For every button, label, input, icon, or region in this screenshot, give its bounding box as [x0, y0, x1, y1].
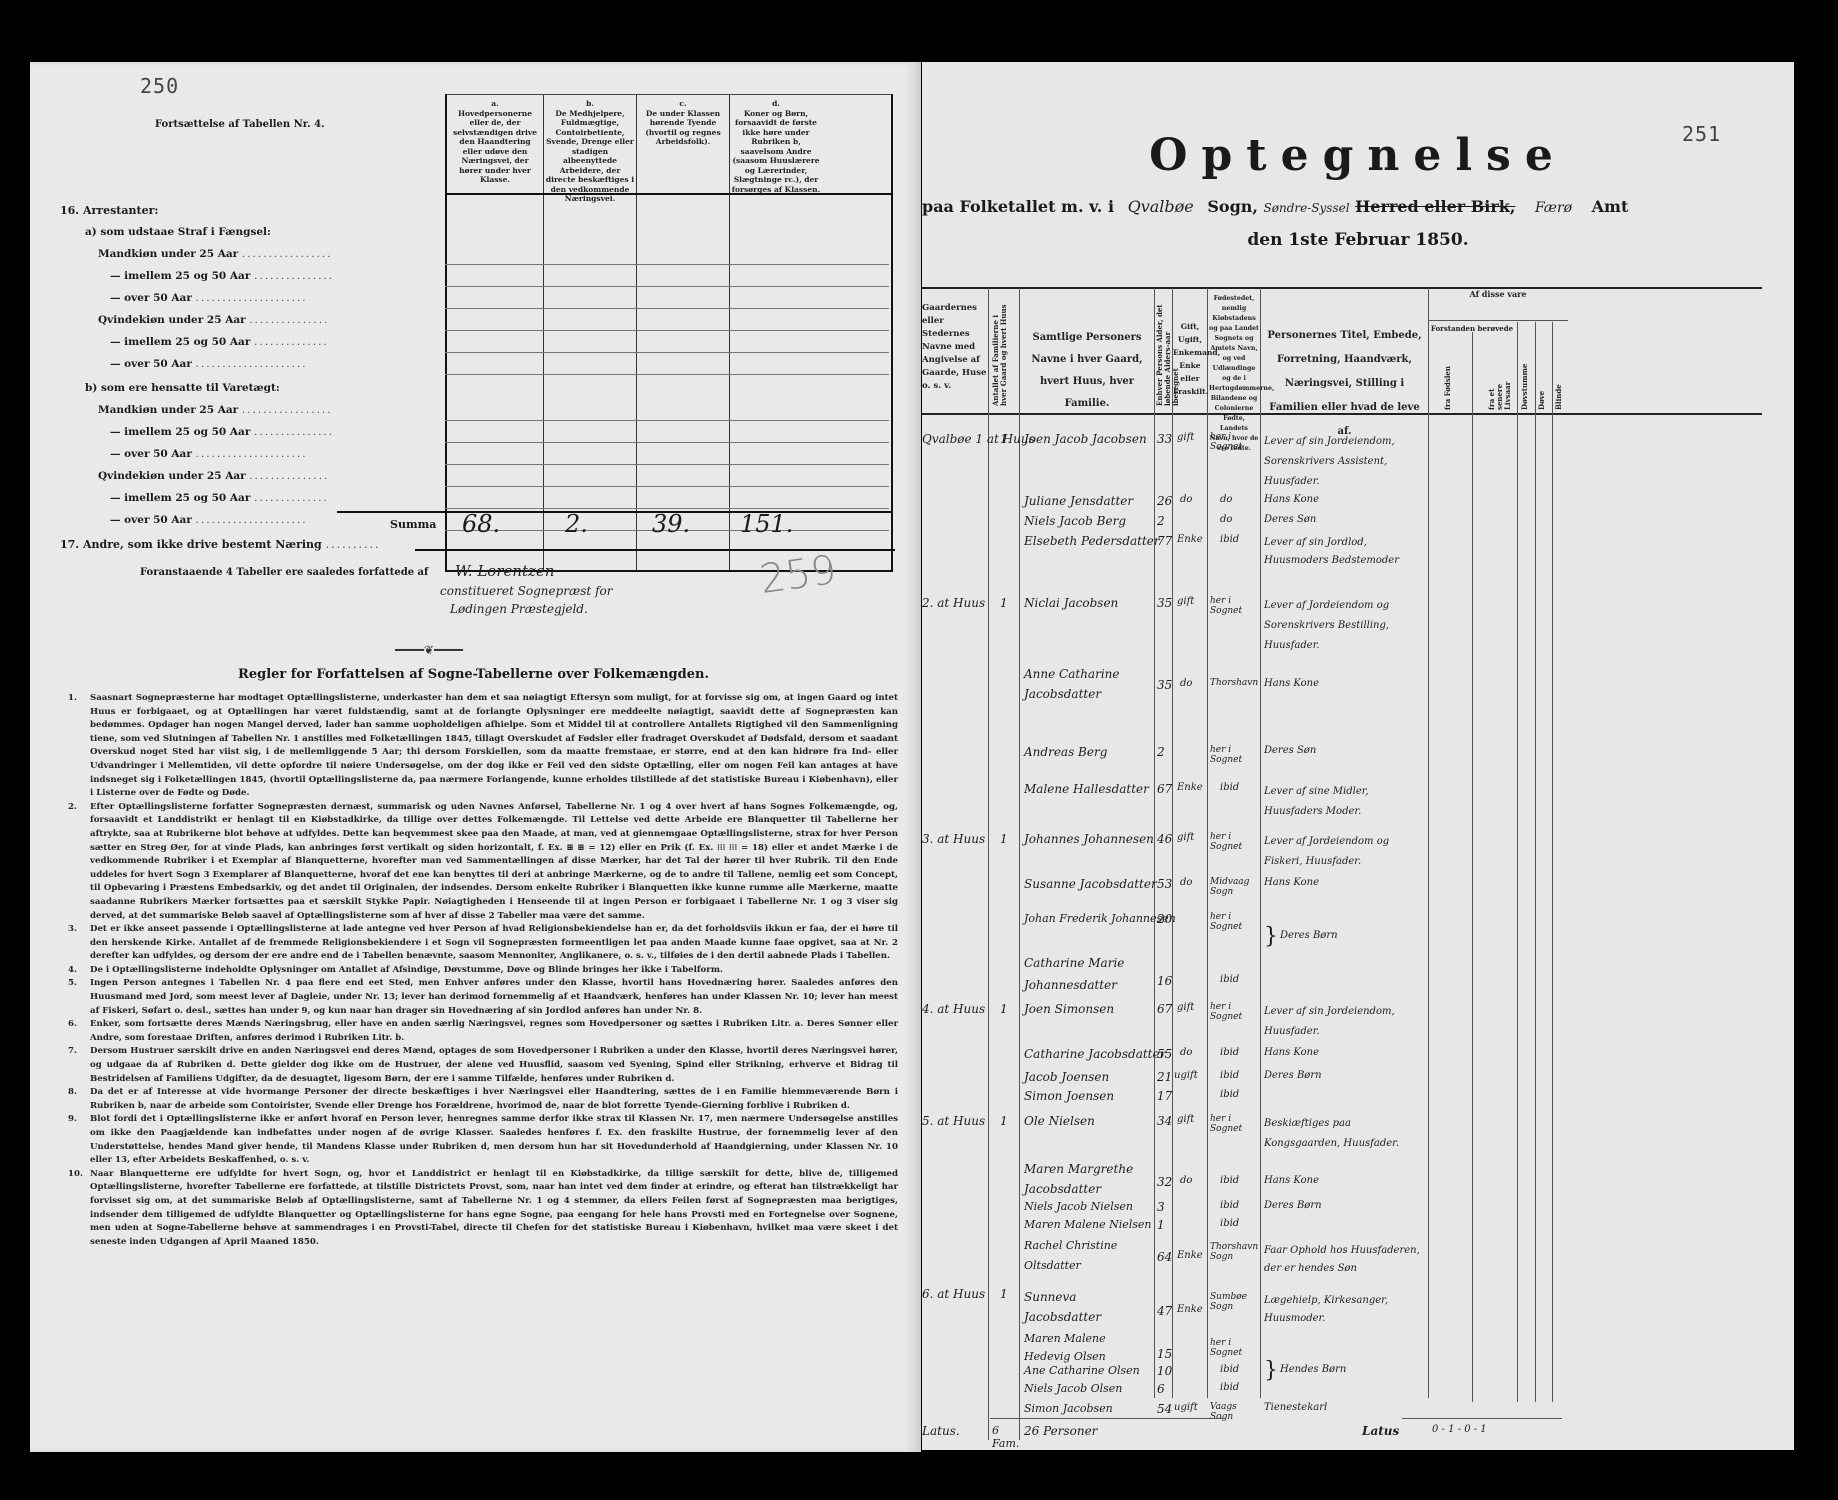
latus-right-label: Latus: [1362, 1424, 1399, 1438]
summa-label: Summa: [390, 518, 436, 531]
entry-status: Enke: [1177, 534, 1203, 545]
entry-families: 1: [1000, 596, 1008, 610]
entry-birthplace: her i Sognet: [1210, 1338, 1258, 1358]
entry-status: gift: [1177, 1002, 1194, 1013]
entry-age: 67: [1157, 782, 1172, 796]
column-header-birthplace: Fødestedet, nemlig Kiøbstadens og paa La…: [1209, 294, 1259, 454]
entry-age: 54: [1157, 1402, 1172, 1416]
page-number: 250: [140, 74, 179, 98]
entry-age: 47: [1157, 1304, 1172, 1318]
entry-name: Catharine Marie Johannesdatter: [1024, 952, 1152, 996]
row-label: — over 50 Aar .....................: [110, 448, 308, 460]
entry-birthplace: her i Sognet: [1210, 1114, 1258, 1134]
entry-age: 10: [1157, 1364, 1172, 1378]
column-c-header: c.De under Klassen hørende Tyende (hvort…: [638, 99, 728, 147]
entry-occupation: Tienestekarl: [1264, 1402, 1327, 1413]
entry-age: 33: [1157, 432, 1172, 446]
column-header-blind: Blinde: [1555, 362, 1563, 410]
row-label: Mandkiøn under 25 Aar .................: [98, 248, 333, 260]
entry-name: Niels Jacob Nielsen: [1024, 1200, 1133, 1213]
entry-occupation: Hans Kone: [1264, 1175, 1319, 1186]
margin-note: 259: [757, 547, 839, 603]
column-header-later-age: fra et senere Livsaar: [1488, 362, 1512, 410]
latus-marks: 0 - 1 - 0 - 1: [1432, 1424, 1487, 1435]
column-header-deaf: Døve: [1538, 362, 1546, 410]
entry-birthplace: Vaags Sogn: [1210, 1402, 1258, 1422]
entry-status: Enke: [1177, 1304, 1203, 1315]
rule-item: 2.Efter Optællingslisterne forfatter Sog…: [68, 801, 898, 923]
entry-birthplace: ibid: [1220, 1070, 1239, 1081]
entry-name: Maren Malene Hedevig Olsen: [1024, 1330, 1152, 1366]
row-label: — over 50 Aar .....................: [110, 292, 308, 304]
column-header-place: Gaardernes eller Stedernes Navne med Ang…: [922, 302, 988, 393]
entry-age: 2: [1157, 745, 1165, 759]
entry-birthplace: Sumbøe Sogn: [1210, 1292, 1258, 1312]
rule-item: 3.Det er ikke anseet passende i Optællin…: [68, 923, 898, 964]
entry-occupation: Lægehielp, Kirkesanger, Huusmoder.: [1264, 1292, 1426, 1328]
entry-age: 35: [1157, 678, 1172, 692]
entry-age: 1: [1157, 1218, 1165, 1232]
entry-birthplace: ibid: [1220, 974, 1239, 985]
entry-birthplace: do: [1220, 494, 1232, 505]
row-label: a) som udstaae Straf i Fængsel:: [85, 226, 271, 238]
entry-birthplace: ibid: [1220, 1382, 1239, 1393]
entry-status: gift: [1177, 596, 1194, 607]
entry-birthplace: her i Sognet: [1210, 745, 1258, 765]
entry-name: Ole Nielsen: [1024, 1114, 1095, 1128]
total-label: Latus.: [922, 1424, 960, 1438]
sogn-value: Qvalbøe: [1128, 197, 1194, 216]
summa-value-a: 68.: [462, 510, 500, 538]
entry-birthplace: do: [1220, 514, 1232, 525]
entry-birthplace: Thorshavn: [1210, 678, 1258, 688]
entry-status: Enke: [1177, 1250, 1203, 1261]
entry-status: Enke: [1177, 782, 1203, 793]
rule-item: 1.Saasnart Sognepræsterne har modtaget O…: [68, 692, 898, 801]
signature-name: W. Lorentzen: [455, 562, 555, 580]
entry-status: gift: [1177, 832, 1194, 843]
entry-families: 1: [1000, 832, 1008, 846]
rules-title: Regler for Forfattelsen af Sogne-Tabelle…: [30, 667, 917, 682]
entry-status: do: [1180, 877, 1192, 888]
column-header-deaf-mute: Døvstumme: [1521, 362, 1529, 410]
herred-value: Søndre-Syssel: [1264, 201, 1350, 215]
entry-place: 2. at Huus: [922, 596, 985, 610]
signature-parish: Lødingen Præstegjeld.: [450, 602, 588, 616]
amt-value: Færø: [1535, 200, 1572, 216]
entry-place: 5. at Huus: [922, 1114, 985, 1128]
rule-item: 4.De i Optællingslisterne indeholdte Opl…: [68, 964, 898, 978]
summa-value-c: 39.: [652, 510, 690, 538]
entry-age: 17: [1157, 1089, 1172, 1103]
entry-birthplace: ibid: [1220, 1200, 1239, 1211]
entry-status: do: [1180, 494, 1192, 505]
entry-name: Simon Jacobsen: [1024, 1402, 1113, 1415]
entry-age: 67: [1157, 1002, 1172, 1016]
row-label: — imellem 25 og 50 Aar ...............: [110, 426, 334, 438]
column-header-subgroup: Forstanden berøvede: [1428, 324, 1516, 334]
entry-occupation: Hans Kone: [1264, 1047, 1319, 1058]
rule-item: 6.Enker, som fortsætte deres Mænds Nærin…: [68, 1018, 898, 1045]
entry-birthplace: ibid: [1220, 534, 1239, 545]
entry-occupation: Lever af sin Jordeiendom, Sorenskrivers …: [1264, 432, 1426, 492]
entry-age: 16: [1157, 974, 1172, 988]
entry-place: Qvalbøe 1 at Huus: [922, 432, 1035, 446]
entry-birthplace: ibid: [1220, 1089, 1239, 1100]
rule-item: 8.Da det er af Interesse at vide hvorman…: [68, 1086, 898, 1113]
entry-age: 46: [1157, 832, 1172, 846]
entry-occupation: Deres Søn: [1264, 514, 1316, 525]
entry-birthplace: ibid: [1220, 1047, 1239, 1058]
brace-icon: }: [1264, 924, 1278, 949]
entry-name: Ane Catharine Olsen: [1024, 1364, 1140, 1377]
entry-occupation: Hans Kone: [1264, 678, 1319, 689]
row-label: 17. Andre, som ikke drive bestemt Næring…: [60, 538, 381, 551]
subtitle: paa Folketallet m. v. i Qvalbøe Sogn, Sø…: [922, 197, 1628, 216]
signature-line: Foranstaaende 4 Tabeller ere saaledes fo…: [140, 567, 428, 578]
rules-list: 1.Saasnart Sognepræsterne har modtaget O…: [68, 692, 898, 1249]
row-label: Qvindekiøn under 25 Aar ...............: [98, 314, 329, 326]
row-label: — imellem 25 og 50 Aar ..............: [110, 492, 329, 504]
entry-occupation: Hans Kone: [1264, 877, 1319, 888]
entry-occupation: Hans Kone: [1264, 494, 1319, 505]
occupation-table: a.Hovedpersonerne eller de, der selvstæn…: [445, 94, 893, 572]
entry-occupation: Deres Børn: [1264, 1200, 1322, 1211]
entry-name: Anne Catharine Jacobsdatter: [1024, 664, 1152, 704]
entry-birthplace: Thorshavn Sogn: [1210, 1242, 1258, 1262]
entry-age: 6: [1157, 1382, 1165, 1396]
entry-birthplace: her i Sognet: [1210, 432, 1258, 452]
entry-status: gift: [1177, 432, 1194, 443]
entry-name: Johannes Johannesen: [1024, 832, 1154, 846]
entry-birthplace: ibid: [1220, 1364, 1239, 1375]
column-a-header: a.Hovedpersonerne eller de, der selvstæn…: [449, 99, 541, 185]
entry-name: Susanne Jacobsdatter: [1024, 877, 1157, 891]
entry-name: Andreas Berg: [1024, 745, 1107, 759]
entry-families: 1: [1000, 1002, 1008, 1016]
entry-occupation: Lever af Jordeiendom og Sorenskrivers Be…: [1264, 596, 1426, 656]
entry-occupation: Hendes Børn: [1280, 1364, 1346, 1375]
right-page: 251 Optegnelse paa Folketallet m. v. i Q…: [922, 62, 1794, 1450]
entry-status: do: [1180, 1047, 1192, 1058]
rule-item: 10.Naar Blanquetterne ere udfyldte for h…: [68, 1168, 898, 1250]
document-title: Optegnelse: [922, 130, 1794, 181]
entry-birthplace: her i Sognet: [1210, 1002, 1258, 1022]
entry-occupation: Lever af sine Midler, Huusfaders Moder.: [1264, 782, 1426, 822]
rule-item: 7.Dersom Hustruer særskilt drive en ande…: [68, 1045, 898, 1086]
entry-name: Malene Hallesdatter: [1024, 782, 1149, 796]
entry-status: do: [1180, 1175, 1192, 1186]
entry-occupation: Deres Søn: [1264, 745, 1316, 756]
entry-age: 34: [1157, 1114, 1172, 1128]
entry-age: 15: [1157, 1347, 1172, 1361]
entry-age: 77: [1157, 534, 1172, 548]
entry-birthplace: her i Sognet: [1210, 912, 1258, 932]
row-label: — over 50 Aar .....................: [110, 514, 308, 526]
entry-status: do: [1180, 678, 1192, 689]
entry-occupation: Beskiæftiges paa Kongsgaarden, Huusfader…: [1264, 1114, 1426, 1154]
entry-occupation: Lever af Jordeiendom og Fiskeri, Huusfad…: [1264, 832, 1426, 872]
row-label: Mandkiøn under 25 Aar .................: [98, 404, 333, 416]
entry-age: 20: [1157, 912, 1172, 926]
column-header-families: Antallet af Familierne i hver Gaard og h…: [992, 296, 1008, 406]
entry-name: Joen Jacob Jacobsen: [1024, 432, 1147, 446]
entry-occupation: Faar Ophold hos Huusfaderen, der er hend…: [1264, 1242, 1426, 1278]
entry-age: 2: [1157, 514, 1165, 528]
entry-age: 53: [1157, 877, 1172, 891]
total-families: 6 Fam.: [992, 1424, 1018, 1450]
entry-age: 21: [1157, 1070, 1172, 1084]
row-label: Qvindekiøn under 25 Aar ...............: [98, 470, 329, 482]
entry-occupation: Lever af sin Jordeiendom, Huusfader.: [1264, 1002, 1426, 1042]
column-header-names: Samtlige Personers Navne i hver Gaard, h…: [1022, 327, 1152, 415]
column-d-header: d.Koner og Børn, forsaavidt de første ik…: [731, 99, 821, 194]
entry-name: Niels Jacob Berg: [1024, 514, 1126, 528]
rule-item: 9.Blot fordi det i Optællingslisterne ik…: [68, 1113, 898, 1167]
entry-name: Niclai Jacobsen: [1024, 596, 1118, 610]
entry-occupation: Lever af sin Jordlod, Huusmoders Bedstem…: [1264, 534, 1426, 570]
entry-age: 3: [1157, 1200, 1165, 1214]
census-date: den 1ste Februar 1850.: [922, 230, 1794, 250]
entry-name: Sunneva Jacobsdatter: [1024, 1287, 1152, 1327]
entry-occupation: Deres Børn: [1264, 1070, 1322, 1081]
entry-name: Juliane Jensdatter: [1024, 494, 1133, 508]
column-b-header: b.De Medhjelpere, Fuldmægtige, Contoirbe…: [545, 99, 635, 204]
entry-age: 26: [1157, 494, 1172, 508]
entry-place: 6. at Huus: [922, 1287, 985, 1301]
entry-status: ugift: [1174, 1402, 1198, 1413]
entry-birthplace: ibid: [1220, 1175, 1239, 1186]
row-label: — imellem 25 og 50 Aar ...............: [110, 270, 334, 282]
entry-name: Niels Jacob Olsen: [1024, 1382, 1122, 1395]
rule-item: 5.Ingen Person antegnes i Tabellen Nr. 4…: [68, 977, 898, 1018]
entry-age: 64: [1157, 1250, 1172, 1264]
entry-name: Johan Frederik Johannesen: [1024, 912, 1176, 925]
entry-name: Elsebeth Pedersdatter: [1024, 534, 1160, 548]
brace-icon: }: [1264, 1358, 1278, 1383]
column-header-status: Gift, Ugift, Enkemand, Enke eller Fraski…: [1173, 320, 1207, 398]
entry-place: 3. at Huus: [922, 832, 985, 846]
entry-birthplace: ibid: [1220, 1218, 1239, 1229]
entry-age: 35: [1157, 596, 1172, 610]
entry-name: Joen Simonsen: [1024, 1002, 1114, 1016]
entry-birthplace: ibid: [1220, 782, 1239, 793]
signature-title: constitueret Sognepræst for: [440, 584, 612, 598]
entry-name: Rachel Christine Oltsdatter: [1024, 1236, 1152, 1276]
entry-name: Simon Joensen: [1024, 1089, 1114, 1103]
entry-name: Maren Margrethe Jacobsdatter: [1024, 1159, 1152, 1199]
left-page: 250 Fortsættelse af Tabellen Nr. 4. a.Ho…: [30, 62, 921, 1452]
row-label: — over 50 Aar .....................: [110, 358, 308, 370]
row-label: — imellem 25 og 50 Aar ..............: [110, 336, 329, 348]
column-header-occupation: Personernes Titel, Embede, Forretning, H…: [1262, 324, 1427, 444]
entry-birthplace: her i Sognet: [1210, 832, 1258, 852]
entry-status: ugift: [1174, 1070, 1198, 1081]
table-title: Fortsættelse af Tabellen Nr. 4.: [155, 119, 325, 130]
entry-status: gift: [1177, 1114, 1194, 1125]
entry-birthplace: her i Sognet: [1210, 596, 1258, 616]
entry-families: 1: [1000, 1287, 1008, 1301]
summa-value-b: 2.: [565, 510, 588, 538]
entry-families: 1: [1000, 432, 1008, 446]
entry-occupation: Deres Børn: [1280, 930, 1338, 941]
entry-name: Catharine Jacobsdatter: [1024, 1047, 1165, 1061]
entry-age: 55: [1157, 1047, 1172, 1061]
entry-age: 32: [1157, 1175, 1172, 1189]
ornament-divider: ━━━━❦━━━━: [395, 643, 463, 657]
column-header-from-birth: fra Fødslen: [1444, 362, 1452, 410]
total-persons: 26 Personer: [1024, 1424, 1097, 1438]
entry-birthplace: Midvaag Sogn: [1210, 877, 1258, 897]
row-label: b) som ere hensatte til Varetægt:: [85, 382, 280, 394]
entry-name: Maren Malene Nielsen: [1024, 1218, 1152, 1231]
row-label: 16. Arrestanter:: [60, 204, 158, 217]
entry-name: Jacob Joensen: [1024, 1070, 1109, 1084]
entry-families: 1: [1000, 1114, 1008, 1128]
entry-place: 4. at Huus: [922, 1002, 985, 1016]
summa-value-d: 151.: [740, 510, 793, 538]
column-header-group: Af disse vare: [1428, 288, 1568, 301]
